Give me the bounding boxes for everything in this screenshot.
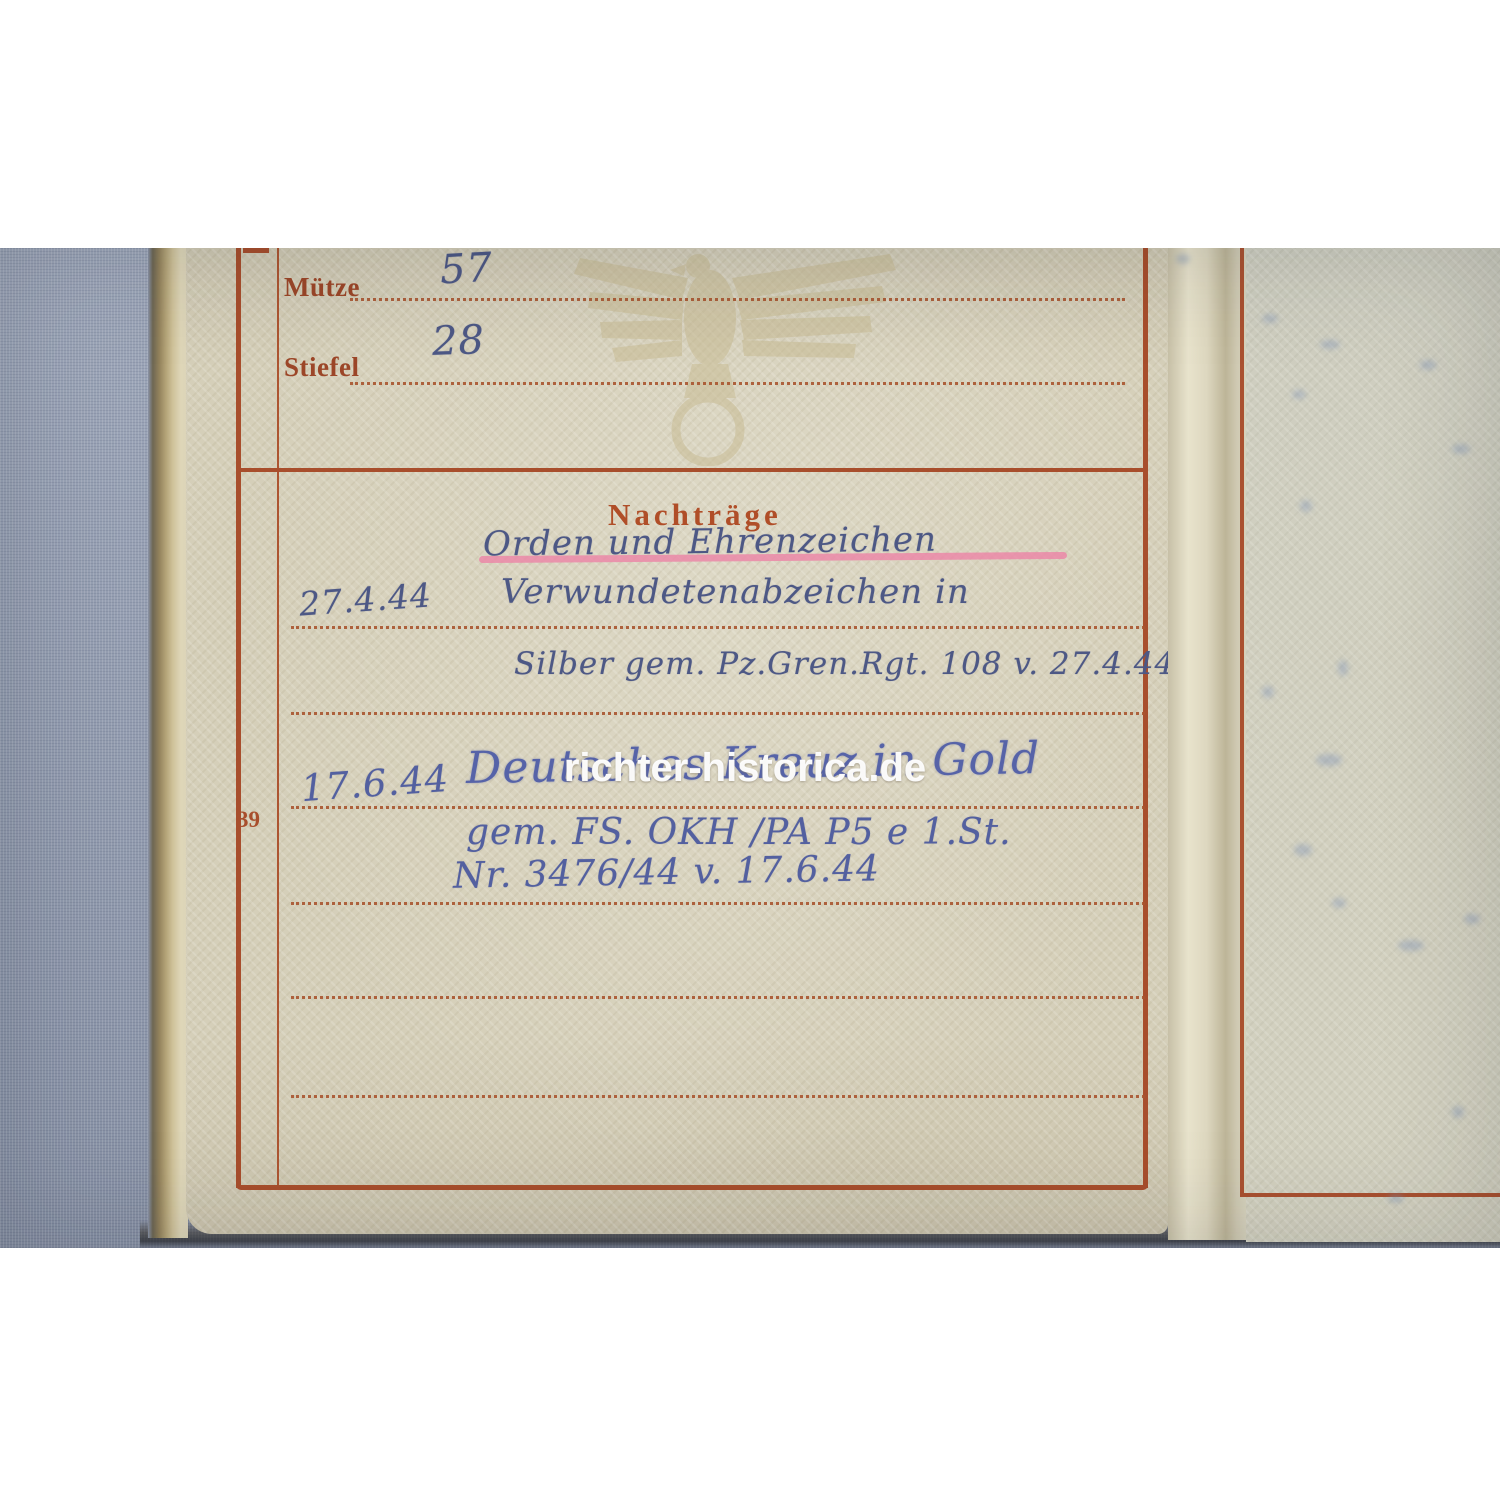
- book-gutter: [1168, 248, 1246, 1240]
- entry-text-line: Nr. 3476/44 v. 17.6.44: [453, 848, 881, 896]
- rule-line: [291, 902, 1145, 905]
- ink-smudge: [1292, 390, 1306, 399]
- ink-smudge: [1300, 500, 1312, 512]
- frame-top-remnant: [243, 248, 269, 253]
- site-watermark: richter-historica.de: [420, 746, 1070, 791]
- ink-smudge: [1420, 360, 1436, 370]
- frame-right-line: [1143, 248, 1148, 1188]
- entry-text-line: gem. FS. OKH /PA P5 e 1.St.: [466, 812, 1012, 853]
- rule-line: [291, 996, 1145, 999]
- entry-text-line: Silber gem. Pz.Gren.Rgt. 108 v. 27.4.44: [514, 646, 1175, 682]
- ink-smudge: [1316, 754, 1342, 766]
- rule-line: [291, 806, 1145, 809]
- photo-area: 39 Mütze 57 Stiefel 28 Nachträge Orden u…: [0, 248, 1500, 1248]
- eagle-emblem-icon: [560, 248, 905, 466]
- right-page-frame-line: [1240, 248, 1244, 1196]
- equipment-label-muetze: Mütze: [284, 272, 360, 303]
- frame-bottom-line: [236, 1185, 1148, 1190]
- frame-inner-left-line: [277, 248, 279, 1188]
- page-stack-edge: [148, 248, 188, 1238]
- ink-smudge: [1388, 1194, 1404, 1203]
- ink-smudge: [1332, 898, 1346, 908]
- ink-smudge: [1176, 254, 1190, 264]
- ink-smudge: [1262, 686, 1274, 698]
- rule-line: [350, 298, 1125, 301]
- ink-smudge: [1464, 914, 1480, 924]
- handwritten-cap-size: 57: [439, 248, 494, 293]
- section-divider-line: [236, 468, 1148, 472]
- photo-canvas: 39 Mütze 57 Stiefel 28 Nachträge Orden u…: [0, 0, 1500, 1500]
- right-page: [1246, 248, 1500, 1242]
- ink-smudge: [1398, 940, 1424, 951]
- rule-line: [291, 1095, 1145, 1098]
- ink-smudge: [1262, 314, 1278, 323]
- right-page-bottom-line: [1240, 1193, 1500, 1197]
- ink-smudge: [1320, 340, 1340, 349]
- ink-smudge: [1452, 1106, 1464, 1118]
- equipment-label-stiefel: Stiefel: [284, 352, 359, 383]
- ink-smudge: [1294, 844, 1312, 856]
- ink-smudge: [1338, 660, 1348, 676]
- rule-line: [291, 712, 1145, 715]
- frame-outer-left-line: [236, 248, 241, 1188]
- page-number: 39: [237, 807, 277, 833]
- entry-text-line: Verwundetenabzeichen in: [501, 572, 970, 612]
- ink-smudge: [1452, 444, 1470, 454]
- rule-line: [350, 382, 1125, 385]
- rule-line: [291, 626, 1145, 629]
- handwritten-boot-size: 28: [431, 317, 485, 365]
